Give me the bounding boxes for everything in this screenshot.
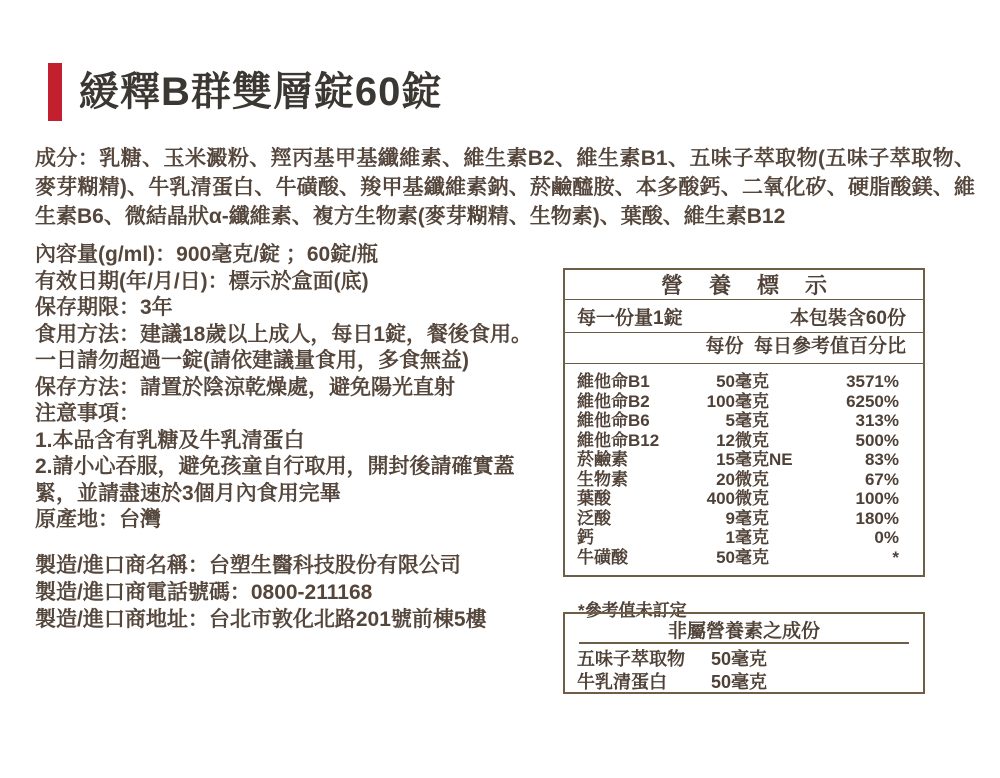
nutrient-name: 維他命B12: [577, 431, 697, 451]
nutrient-daily-value: 0%: [769, 528, 899, 548]
info-line-usage: 食用方法：建議18歲以上成人，每日1錠，餐後食用。一日請勿超過一錠(請依建議量食…: [35, 322, 553, 375]
nutrient-daily-value: *: [769, 548, 899, 568]
info-line-precaution-1: 1.本品含有乳糖及牛乳清蛋白: [35, 428, 553, 455]
nutrient-daily-value: 83%: [793, 450, 899, 470]
non-nutrient-name: 五味子萃取物: [577, 648, 711, 671]
info-line-origin: 原產地：台灣: [35, 507, 553, 534]
non-nutrient-amount: 50毫克: [711, 648, 767, 671]
nutrient-name: 葉酸: [577, 489, 697, 509]
nutrient-daily-value: 500%: [769, 431, 899, 451]
manufacturer-info: 製造/進口商名稱：台塑生醫科技股份有限公司 製造/進口商電話號碼：0800-21…: [35, 552, 565, 633]
nutrient-amount-value: 20: [697, 470, 735, 490]
nutrient-row: 鈣 1 毫克 0%: [577, 528, 899, 548]
product-title: 緩釋B群雙層錠60錠: [79, 66, 442, 118]
non-nutrient-row: 牛乳清蛋白 50毫克: [565, 671, 923, 694]
supplement-label-page: 緩釋B群雙層錠60錠 成分：乳糖、玉米澱粉、羥丙基甲基纖維素、維生素B2、維生素…: [0, 0, 1000, 778]
nutrient-amount-value: 400: [697, 489, 735, 509]
nutrition-facts-table: 營養標示 每一份量1錠 本包裝含60份 每份 每日參考值百分比 維他命B1 50…: [563, 268, 925, 577]
nutrient-amount-value: 50: [697, 372, 735, 392]
nutrient-amount-unit: 微克: [735, 470, 769, 490]
nutrient-amount-unit: 微克: [735, 489, 769, 509]
non-nutrient-table: 非屬營養素之成份 五味子萃取物 50毫克 牛乳清蛋白 50毫克: [563, 612, 925, 694]
nutrient-daily-value: 100%: [769, 489, 899, 509]
nutrient-amount-value: 15: [697, 450, 735, 470]
non-nutrient-name: 牛乳清蛋白: [577, 671, 711, 694]
nutrient-row: 維他命B12 12 微克 500%: [577, 431, 899, 451]
nutrient-name: 生物素: [577, 470, 697, 490]
nutrient-row: 維他命B2 100 毫克 6250%: [577, 392, 899, 412]
nutrient-amount-value: 12: [697, 431, 735, 451]
nutrient-amount-value: 50: [697, 548, 735, 568]
serving-size: 每一份量1錠: [577, 303, 683, 330]
title-accent-bar: [48, 63, 62, 121]
nutrient-name: 維他命B1: [577, 372, 697, 392]
nutrient-daily-value: 6250%: [769, 392, 899, 412]
ingredients-text: 成分：乳糖、玉米澱粉、羥丙基甲基纖維素、維生素B2、維生素B1、五味子萃取物(五…: [35, 144, 975, 231]
nutrient-amount-unit: 毫克: [735, 509, 769, 529]
servings-per-package: 本包裝含60份: [790, 303, 906, 330]
nutrient-row: 生物素 20 微克 67%: [577, 470, 899, 490]
nutrient-row: 菸鹼素 15 毫克NE 83%: [577, 450, 899, 470]
info-line-content-amount: 內容量(g/ml)：900毫克/錠 ；60錠/瓶: [35, 242, 553, 269]
manufacturer-phone: 製造/進口商電話號碼：0800-211168: [35, 579, 565, 606]
nutrient-amount-value: 100: [697, 392, 735, 412]
nutrient-amount-unit: 毫克NE: [735, 450, 793, 470]
nutrient-daily-value: 313%: [769, 411, 899, 431]
info-line-precautions: 注意事項：: [35, 401, 553, 428]
manufacturer-name: 製造/進口商名稱：台塑生醫科技股份有限公司: [35, 552, 565, 579]
nutrient-row: 泛酸 9 毫克 180%: [577, 509, 899, 529]
nutrient-amount-unit: 毫克: [735, 411, 769, 431]
info-line-expiry-date: 有效日期(年/月/日)：標示於盒面(底): [35, 269, 553, 296]
nutrient-amount-value: 5: [697, 411, 735, 431]
nutrient-amount-unit: 毫克: [735, 548, 769, 568]
info-line-precaution-2: 2.請小心吞服，避免孩童自行取用，開封後請確實蓋緊，並請盡速於3個月內食用完畢: [35, 454, 553, 507]
non-nutrient-table-title: 非屬營養素之成份: [565, 614, 923, 640]
nutrition-table-title: 營養標示: [565, 270, 923, 300]
manufacturer-address: 製造/進口商地址：台北市敦化北路201號前棟5樓: [35, 606, 565, 633]
nutrient-name: 菸鹼素: [577, 450, 697, 470]
column-header-row: 每份 每日參考值百分比: [565, 333, 923, 364]
nutrient-row: 葉酸 400 微克 100%: [577, 489, 899, 509]
non-nutrient-amount: 50毫克: [711, 671, 767, 694]
nutrient-amount-value: 9: [697, 509, 735, 529]
product-info-list: 內容量(g/ml)：900毫克/錠 ；60錠/瓶 有效日期(年/月/日)：標示於…: [35, 242, 553, 534]
column-header-text: 每份 每日參考值百分比: [705, 331, 906, 358]
nutrient-name: 鈣: [577, 528, 697, 548]
nutrient-amount-value: 1: [697, 528, 735, 548]
nutrient-amount-unit: 毫克: [735, 528, 769, 548]
nutrient-name: 泛酸: [577, 509, 697, 529]
nutrient-row: 牛磺酸 50 毫克 *: [577, 548, 899, 568]
nutrient-daily-value: 3571%: [769, 372, 899, 392]
nutrient-daily-value: 67%: [769, 470, 899, 490]
nutrition-table-title-text: 營養標示: [661, 269, 853, 300]
nutrient-name: 維他命B2: [577, 392, 697, 412]
nutrient-name: 維他命B6: [577, 411, 697, 431]
nutrient-name: 牛磺酸: [577, 548, 697, 568]
nutrient-amount-unit: 毫克: [735, 392, 769, 412]
serving-info-row: 每一份量1錠 本包裝含60份: [565, 300, 923, 333]
nutrient-row: 維他命B6 5 毫克 313%: [577, 411, 899, 431]
info-line-storage: 保存方法：請置於陰涼乾燥處，避免陽光直射: [35, 375, 553, 402]
nutrient-row: 維他命B1 50 毫克 3571%: [577, 372, 899, 392]
nutrient-rows: 維他命B1 50 毫克 3571% 維他命B2 100 毫克 6250% 維他命…: [565, 364, 923, 567]
nutrient-daily-value: 180%: [769, 509, 899, 529]
nutrient-amount-unit: 微克: [735, 431, 769, 451]
nutrient-amount-unit: 毫克: [735, 372, 769, 392]
non-nutrient-row: 五味子萃取物 50毫克: [565, 648, 923, 671]
info-line-shelf-life: 保存期限：3年: [35, 295, 553, 322]
